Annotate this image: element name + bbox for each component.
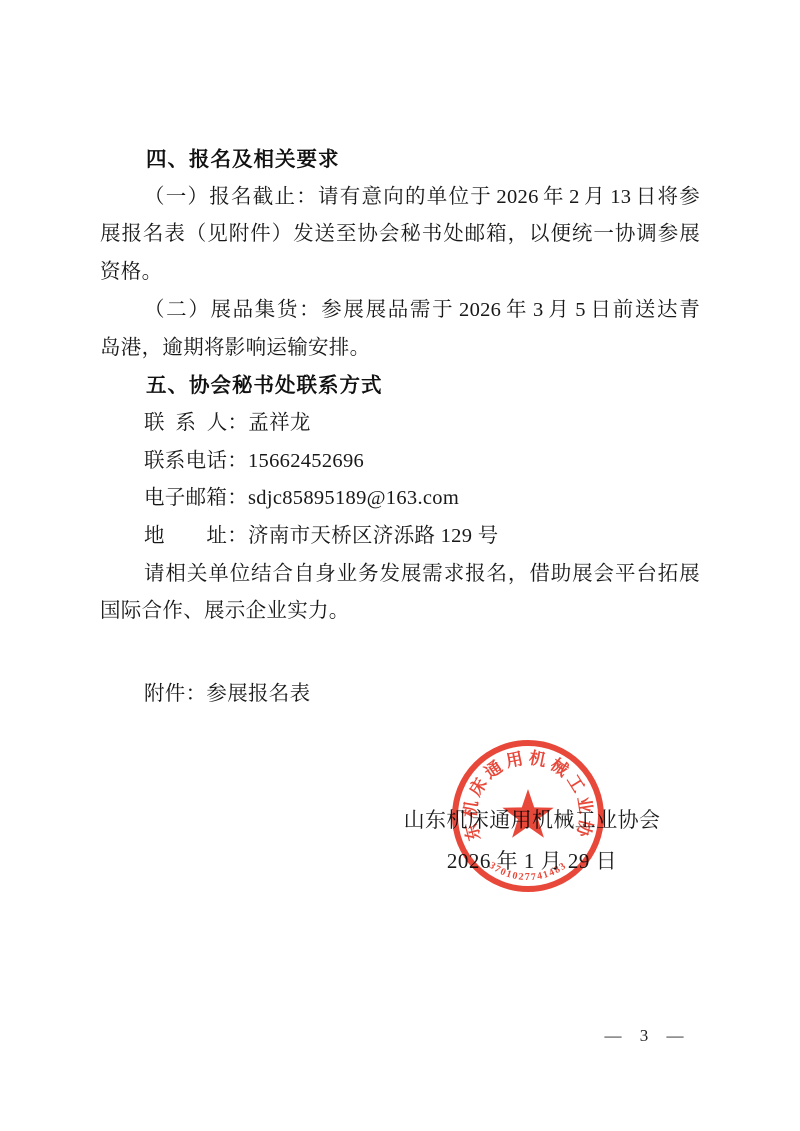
contact-phone-line: 联系电话：15662452696 [100,443,700,481]
svg-text:3701027741483: 3701027741483 [487,860,569,883]
para-closing-line2: 国际合作、展示企业实力。 [100,593,700,631]
document-page: 四、报名及相关要求 （一）报名截止：请有意向的单位于 2026 年 2 月 13… [0,0,800,1131]
section-heading-contact: 五、协会秘书处联系方式 [100,367,700,405]
blank-line [100,631,700,676]
document-body: 四、报名及相关要求 （一）报名截止：请有意向的单位于 2026 年 2 月 13… [100,141,700,714]
contact-person-line: 联 系 人：孟祥龙 [100,405,700,443]
official-seal-stamp: 山东机床通用机械工业协会 3701027741483 [446,734,610,898]
seal-serial-number-text: 3701027741483 [487,860,569,883]
contact-address-line: 地 址：济南市天桥区济泺路 129 号 [100,518,700,556]
attachment-line: 附件：参展报名表 [100,676,700,714]
page-number: — 3 — [590,1026,700,1046]
contact-email-line: 电子邮箱：sdjc85895189@163.com [100,480,700,518]
para-closing-line1: 请相关单位结合自身业务发展需求报名，借助展会平台拓展 [100,556,700,594]
para-registration-deadline-line1: （一）报名截止：请有意向的单位于 2026 年 2 月 13 日将参 [100,179,700,217]
para-exhibit-consolidation-line2: 岛港，逾期将影响运输安排。 [100,330,700,368]
para-registration-deadline-line2: 展报名表（见附件）发送至协会秘书处邮箱，以便统一协调参展 [100,216,700,254]
para-registration-deadline-line3: 资格。 [100,254,700,292]
seal-star-icon [502,789,553,838]
section-heading-registration: 四、报名及相关要求 [100,141,700,179]
para-exhibit-consolidation-line1: （二）展品集货：参展展品需于 2026 年 3 月 5 日前送达青 [100,292,700,330]
